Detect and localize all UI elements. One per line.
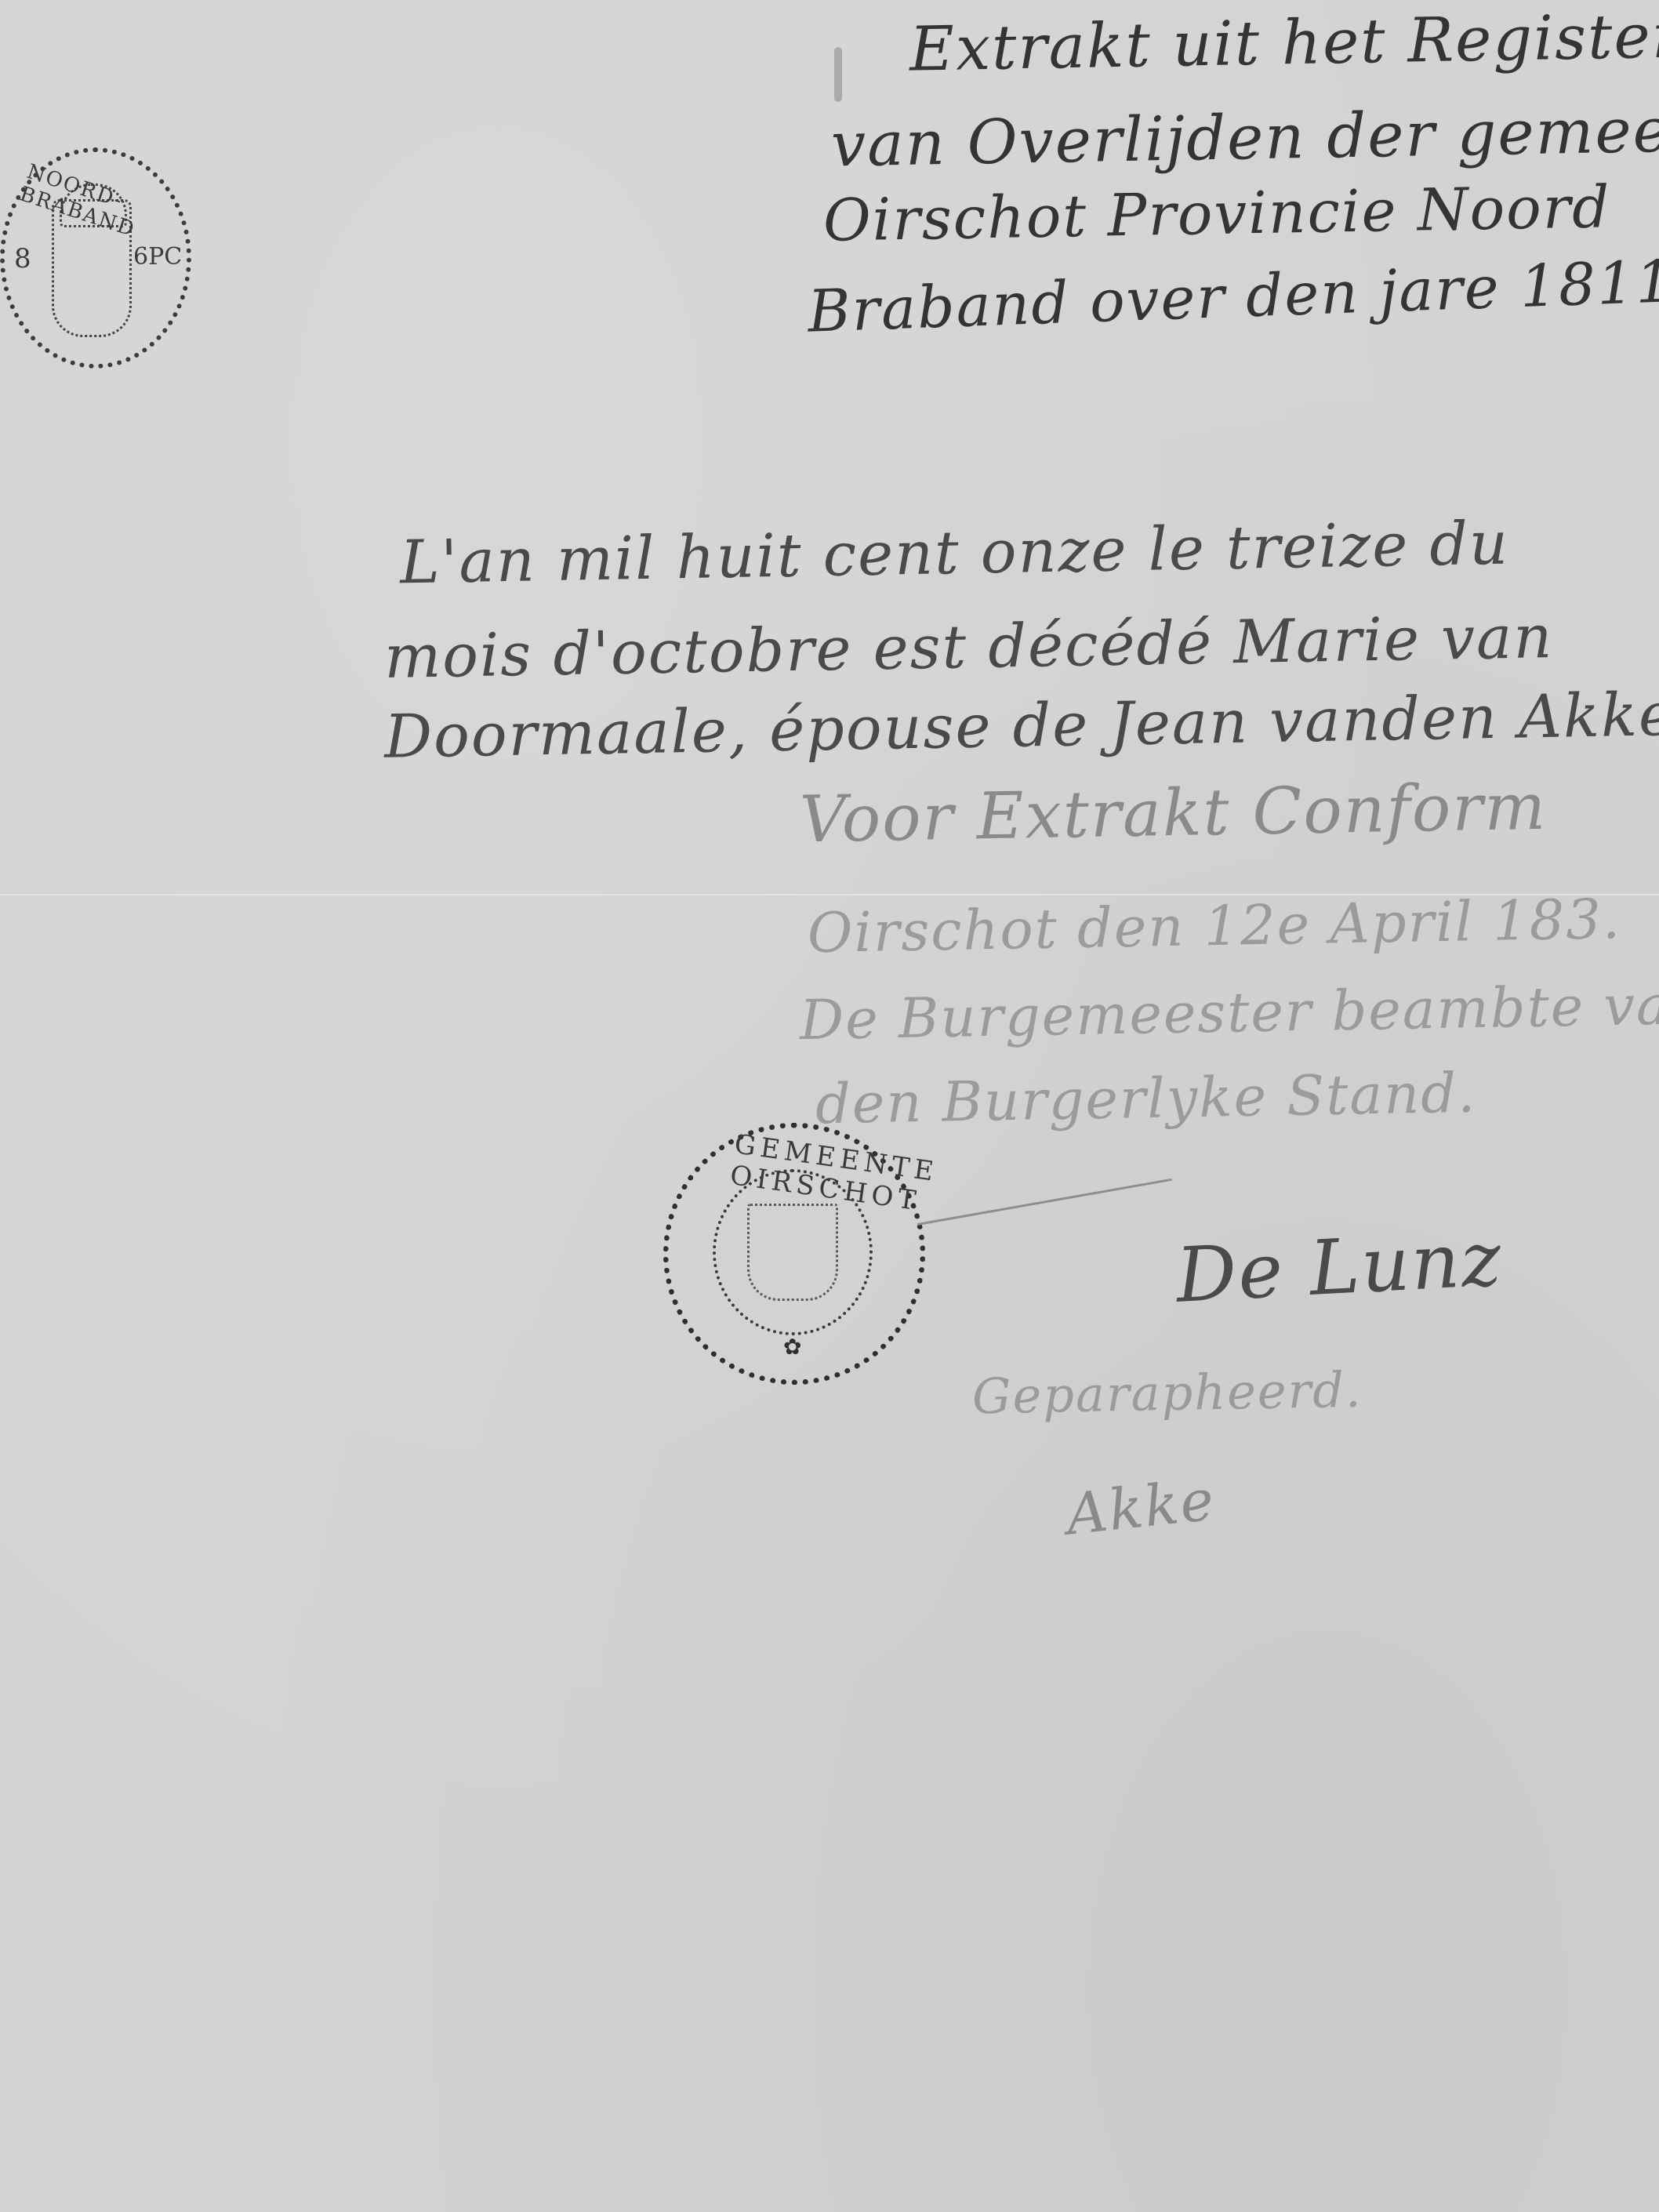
tax-stamp: NOORD-BRABAND 8 6PC: [0, 147, 191, 369]
header-line-3: Oirschot Provincie Noord: [822, 173, 1611, 255]
ink-smudge: [834, 47, 842, 102]
official-signature: De Lunz: [1174, 1215, 1505, 1320]
star-ornament-icon: ✿: [783, 1334, 801, 1360]
certification-line-4: den Burgerlyke Stand.: [815, 1061, 1477, 1137]
tax-stamp-value: 6PC: [133, 243, 182, 271]
header-line-1: Extrakt uit het Register: [909, 1, 1659, 85]
initialed-label: Geparapheerd.: [971, 1361, 1363, 1426]
tax-stamp-digit: 8: [14, 243, 31, 274]
coat-of-arms-icon: [747, 1204, 838, 1301]
certification-line-1: Voor Extrakt Conform: [799, 770, 1548, 858]
municipal-seal: GEMEENTE OIRSCHOT ✿: [663, 1123, 925, 1385]
